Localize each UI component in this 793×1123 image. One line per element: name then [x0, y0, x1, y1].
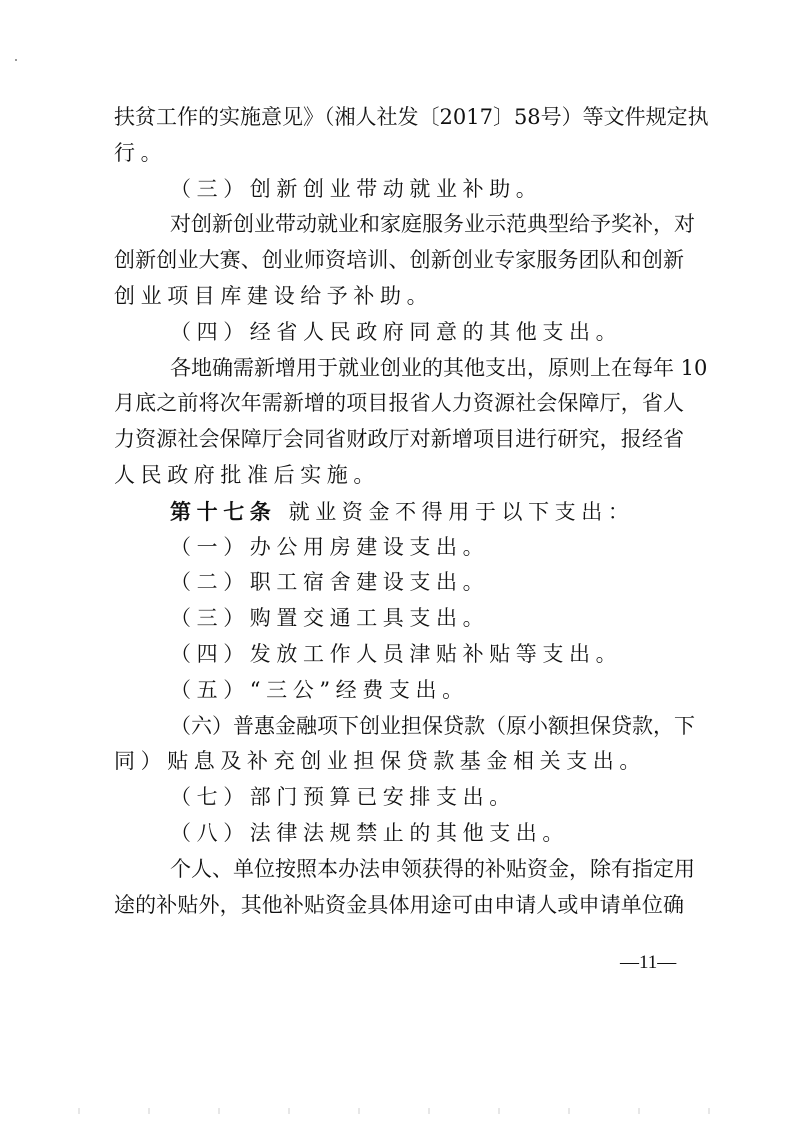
text-line: 行。	[114, 136, 684, 172]
page-number: —11—	[620, 952, 676, 974]
list-item: （六）普惠金融项下创业担保贷款（原小额担保贷款，下	[114, 709, 684, 745]
text-line: 人民政府批准后实施。	[114, 458, 684, 494]
section-heading: （四）经省人民政府同意的其他支出。	[114, 315, 684, 351]
list-item: （五）“三公”经费支出。	[114, 673, 684, 709]
list-item: （三）购置交通工具支出。	[114, 601, 684, 637]
list-item: （四）发放工作人员津贴补贴等支出。	[114, 637, 684, 673]
text-line: 创业项目库建设给予补助。	[114, 279, 684, 315]
list-item: （七）部门预算已安排支出。	[114, 780, 684, 816]
text-line: 扶贫工作的实施意见》（湘人社发〔2017〕58号）等文件规定执	[114, 100, 684, 136]
section-heading: （三）创新创业带动就业补助。	[114, 172, 684, 208]
text-line: 各地确需新增用于就业创业的其他支出，原则上在每年 10	[114, 351, 684, 387]
list-item: （一）办公用房建设支出。	[114, 530, 684, 566]
text-line: 创新创业大赛、创业师资培训、创新创业专家服务团队和创新	[114, 243, 684, 279]
article-text: 就业资金不得用于以下支出：	[276, 500, 634, 524]
body-text: 扶贫工作的实施意见》（湘人社发〔2017〕58号）等文件规定执 行。 （三）创新…	[114, 100, 684, 923]
text-line: 对创新创业带动就业和家庭服务业示范典型给予奖补，对	[114, 207, 684, 243]
document-page: 扶贫工作的实施意见》（湘人社发〔2017〕58号）等文件规定执 行。 （三）创新…	[0, 0, 793, 1123]
text-line: 月底之前将次年需新增的项目报省人力资源社会保障厅，省人	[114, 386, 684, 422]
text-line: 途的补贴外，其他补贴资金具体用途可由申请人或申请单位确	[114, 888, 684, 924]
scan-speck	[15, 59, 17, 61]
list-item-continuation: 同）贴息及补充创业担保贷款基金相关支出。	[114, 744, 684, 780]
list-item: （八）法律法规禁止的其他支出。	[114, 816, 684, 852]
text-line: 力资源社会保障厅会同省财政厅对新增项目进行研究，报经省	[114, 422, 684, 458]
list-item: （二）职工宿舍建设支出。	[114, 565, 684, 601]
article-line: 第十七条 就业资金不得用于以下支出：	[114, 494, 684, 530]
scan-noise	[40, 1108, 770, 1114]
text-line: 个人、单位按照本办法申领获得的补贴资金，除有指定用	[114, 852, 684, 888]
article-heading: 第十七条	[170, 499, 276, 524]
